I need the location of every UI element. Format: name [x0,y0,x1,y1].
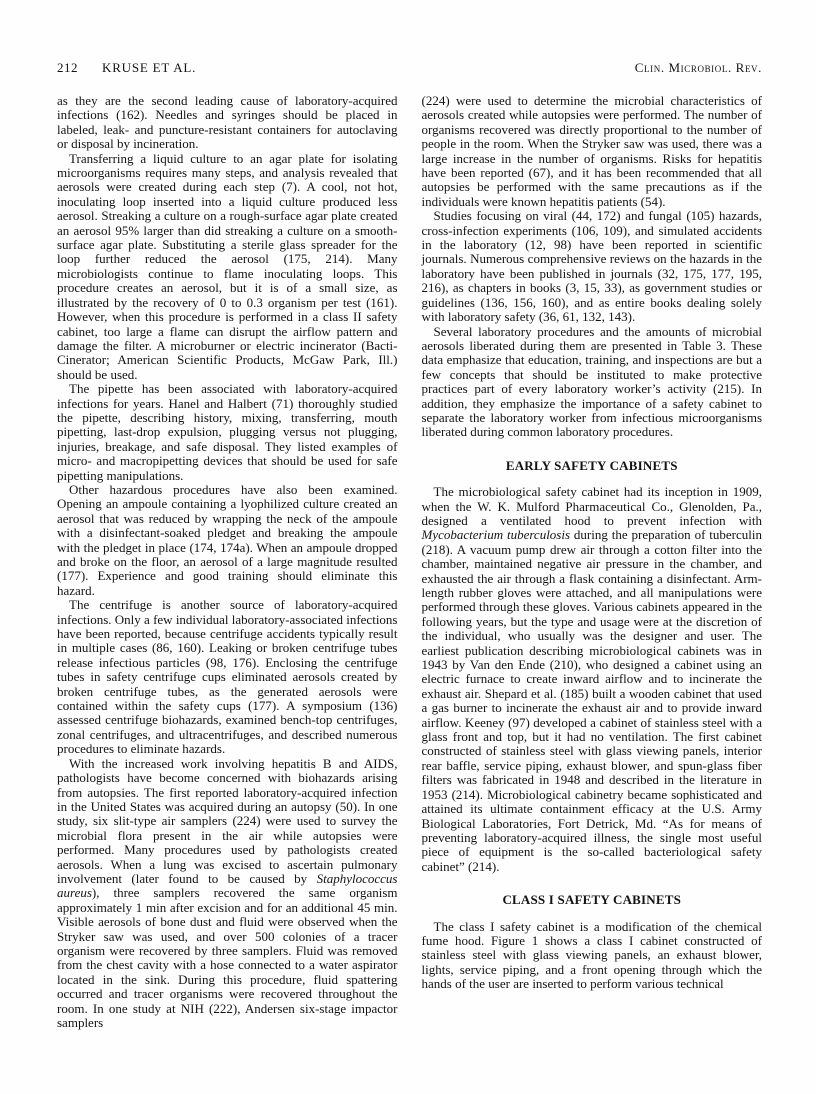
journal-name: Clin. Microbiol. Rev. [635,60,762,76]
paragraph: as they are the second leading cause of … [57,94,398,152]
section-heading-class-i-safety-cabinets: CLASS I SAFETY CABINETS [422,893,763,907]
paragraph: (224) were used to determine the microbi… [422,94,763,209]
paragraph: The microbiological safety cabinet had i… [422,485,763,874]
running-author: KRUSE ET AL. [102,60,196,76]
paragraph: Several laboratory procedures and the am… [422,325,763,440]
paragraph: The centrifuge is another source of labo… [57,598,398,756]
page-body: as they are the second leading cause of … [57,94,762,1030]
page-number: 212 [57,60,78,76]
paragraph: The class I safety cabinet is a modifica… [422,920,763,992]
paragraph: Other hazardous procedures have also bee… [57,483,398,598]
paragraph: Studies focusing on viral (44, 172) and … [422,209,763,324]
column-right: (224) were used to determine the microbi… [422,94,763,1030]
column-left: as they are the second leading cause of … [57,94,398,1030]
page-header: 212 KRUSE ET AL. Clin. Microbiol. Rev. [57,60,762,76]
paragraph: With the increased work involving hepati… [57,757,398,1031]
section-heading-early-safety-cabinets: EARLY SAFETY CABINETS [422,459,763,473]
journal-page: 212 KRUSE ET AL. Clin. Microbiol. Rev. a… [0,0,816,1094]
paragraph: Transferring a liquid culture to an agar… [57,152,398,383]
running-head-left: 212 KRUSE ET AL. [57,60,196,76]
paragraph: The pipette has been associated with lab… [57,382,398,483]
